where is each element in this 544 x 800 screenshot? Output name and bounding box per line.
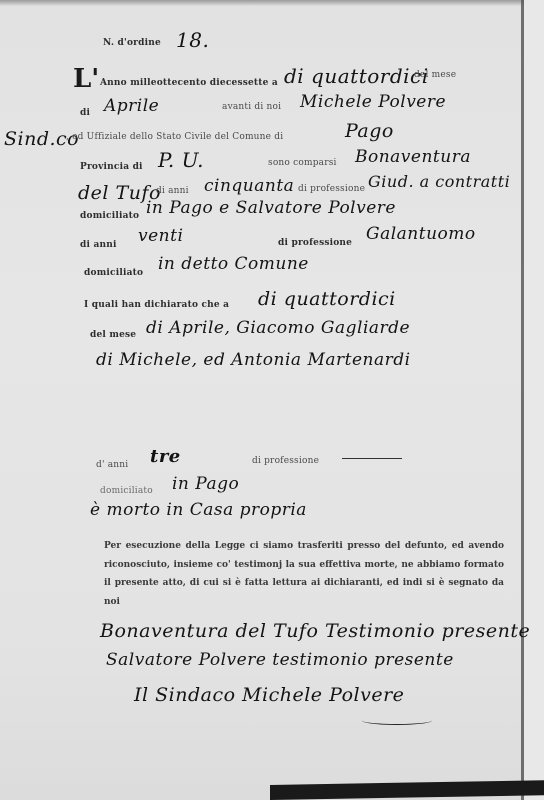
handwritten-prof2: Galantuomo: [366, 224, 476, 244]
handwritten-age2: venti: [138, 226, 183, 246]
printed-text: di anni: [80, 240, 117, 250]
order-number: 18.: [176, 28, 209, 52]
signature-flourish: [362, 716, 432, 725]
blank-profession-dash: [342, 458, 402, 459]
printed-text: I quali han dichiarato che a: [84, 300, 229, 310]
printed-text: , ed Uffiziale dello Stato Civile del Co…: [66, 132, 283, 142]
handwritten-age1: cinquanta: [204, 176, 294, 196]
printed-text: domiciliato: [84, 268, 143, 278]
adjacent-page-strip: [524, 0, 544, 800]
printed-text: Anno milleottecento diecessette a: [100, 78, 278, 88]
printed-text: del mese: [414, 70, 456, 80]
printed-text: del mese: [90, 330, 136, 340]
printed-text: domiciliato: [80, 211, 139, 221]
handwritten-comune: Pago: [345, 120, 394, 142]
closing-paragraph: Per esecuzione della Legge ci siamo tras…: [104, 537, 504, 611]
signature-mayor: Il Sindaco Michele Polvere: [134, 684, 404, 706]
printed-text: d' anni: [96, 460, 128, 470]
handwritten-witness1: Bonaventura: [355, 147, 471, 167]
signature-witness1: Bonaventura del Tufo Testimonio presente: [100, 620, 530, 642]
handwritten-death-day: di quattordici: [258, 288, 396, 310]
handwritten-prof1: Giud. a contratti: [368, 172, 510, 191]
handwritten-deceased: di Aprile, Giacomo Gagliarde: [146, 318, 410, 338]
handwritten-deceased-domicile: in Pago: [172, 474, 239, 494]
handwritten-provincia: P. U.: [158, 148, 204, 172]
handwritten-day: di quattordici: [284, 64, 429, 88]
handwritten-domicile2: in detto Comune: [158, 254, 309, 274]
drop-cap: L': [73, 64, 99, 94]
printed-text: di professione: [252, 456, 319, 466]
binding-line: [521, 0, 524, 800]
handwritten-domicile1: in Pago e Salvatore Polvere: [146, 198, 396, 218]
printed-text: domiciliato: [100, 486, 153, 496]
handwritten-deceased-age: tre: [150, 446, 181, 467]
page-edge-shadow: [0, 0, 544, 6]
printed-text: avanti di noi: [222, 102, 281, 112]
handwritten-death-place: è morto in Casa propria: [90, 500, 307, 520]
order-label: N. d'ordine: [103, 38, 161, 48]
printed-text: di professione: [278, 238, 352, 248]
document-page: N. d'ordine 18. L' Anno milleottecento d…: [0, 0, 544, 800]
printed-text: di: [80, 108, 90, 118]
handwritten-month: Aprile: [104, 96, 159, 116]
handwritten-parents: di Michele, ed Antonia Martenardi: [96, 350, 411, 370]
signature-witness2: Salvatore Polvere testimonio presente: [106, 650, 454, 670]
printed-text: di anni: [156, 186, 189, 196]
printed-text: di professione: [298, 184, 365, 194]
printed-text: Provincia di: [80, 162, 143, 172]
handwritten-name: Michele Polvere: [300, 92, 446, 112]
printed-text: sono comparsi: [268, 158, 337, 168]
scan-shadow: [270, 780, 544, 800]
